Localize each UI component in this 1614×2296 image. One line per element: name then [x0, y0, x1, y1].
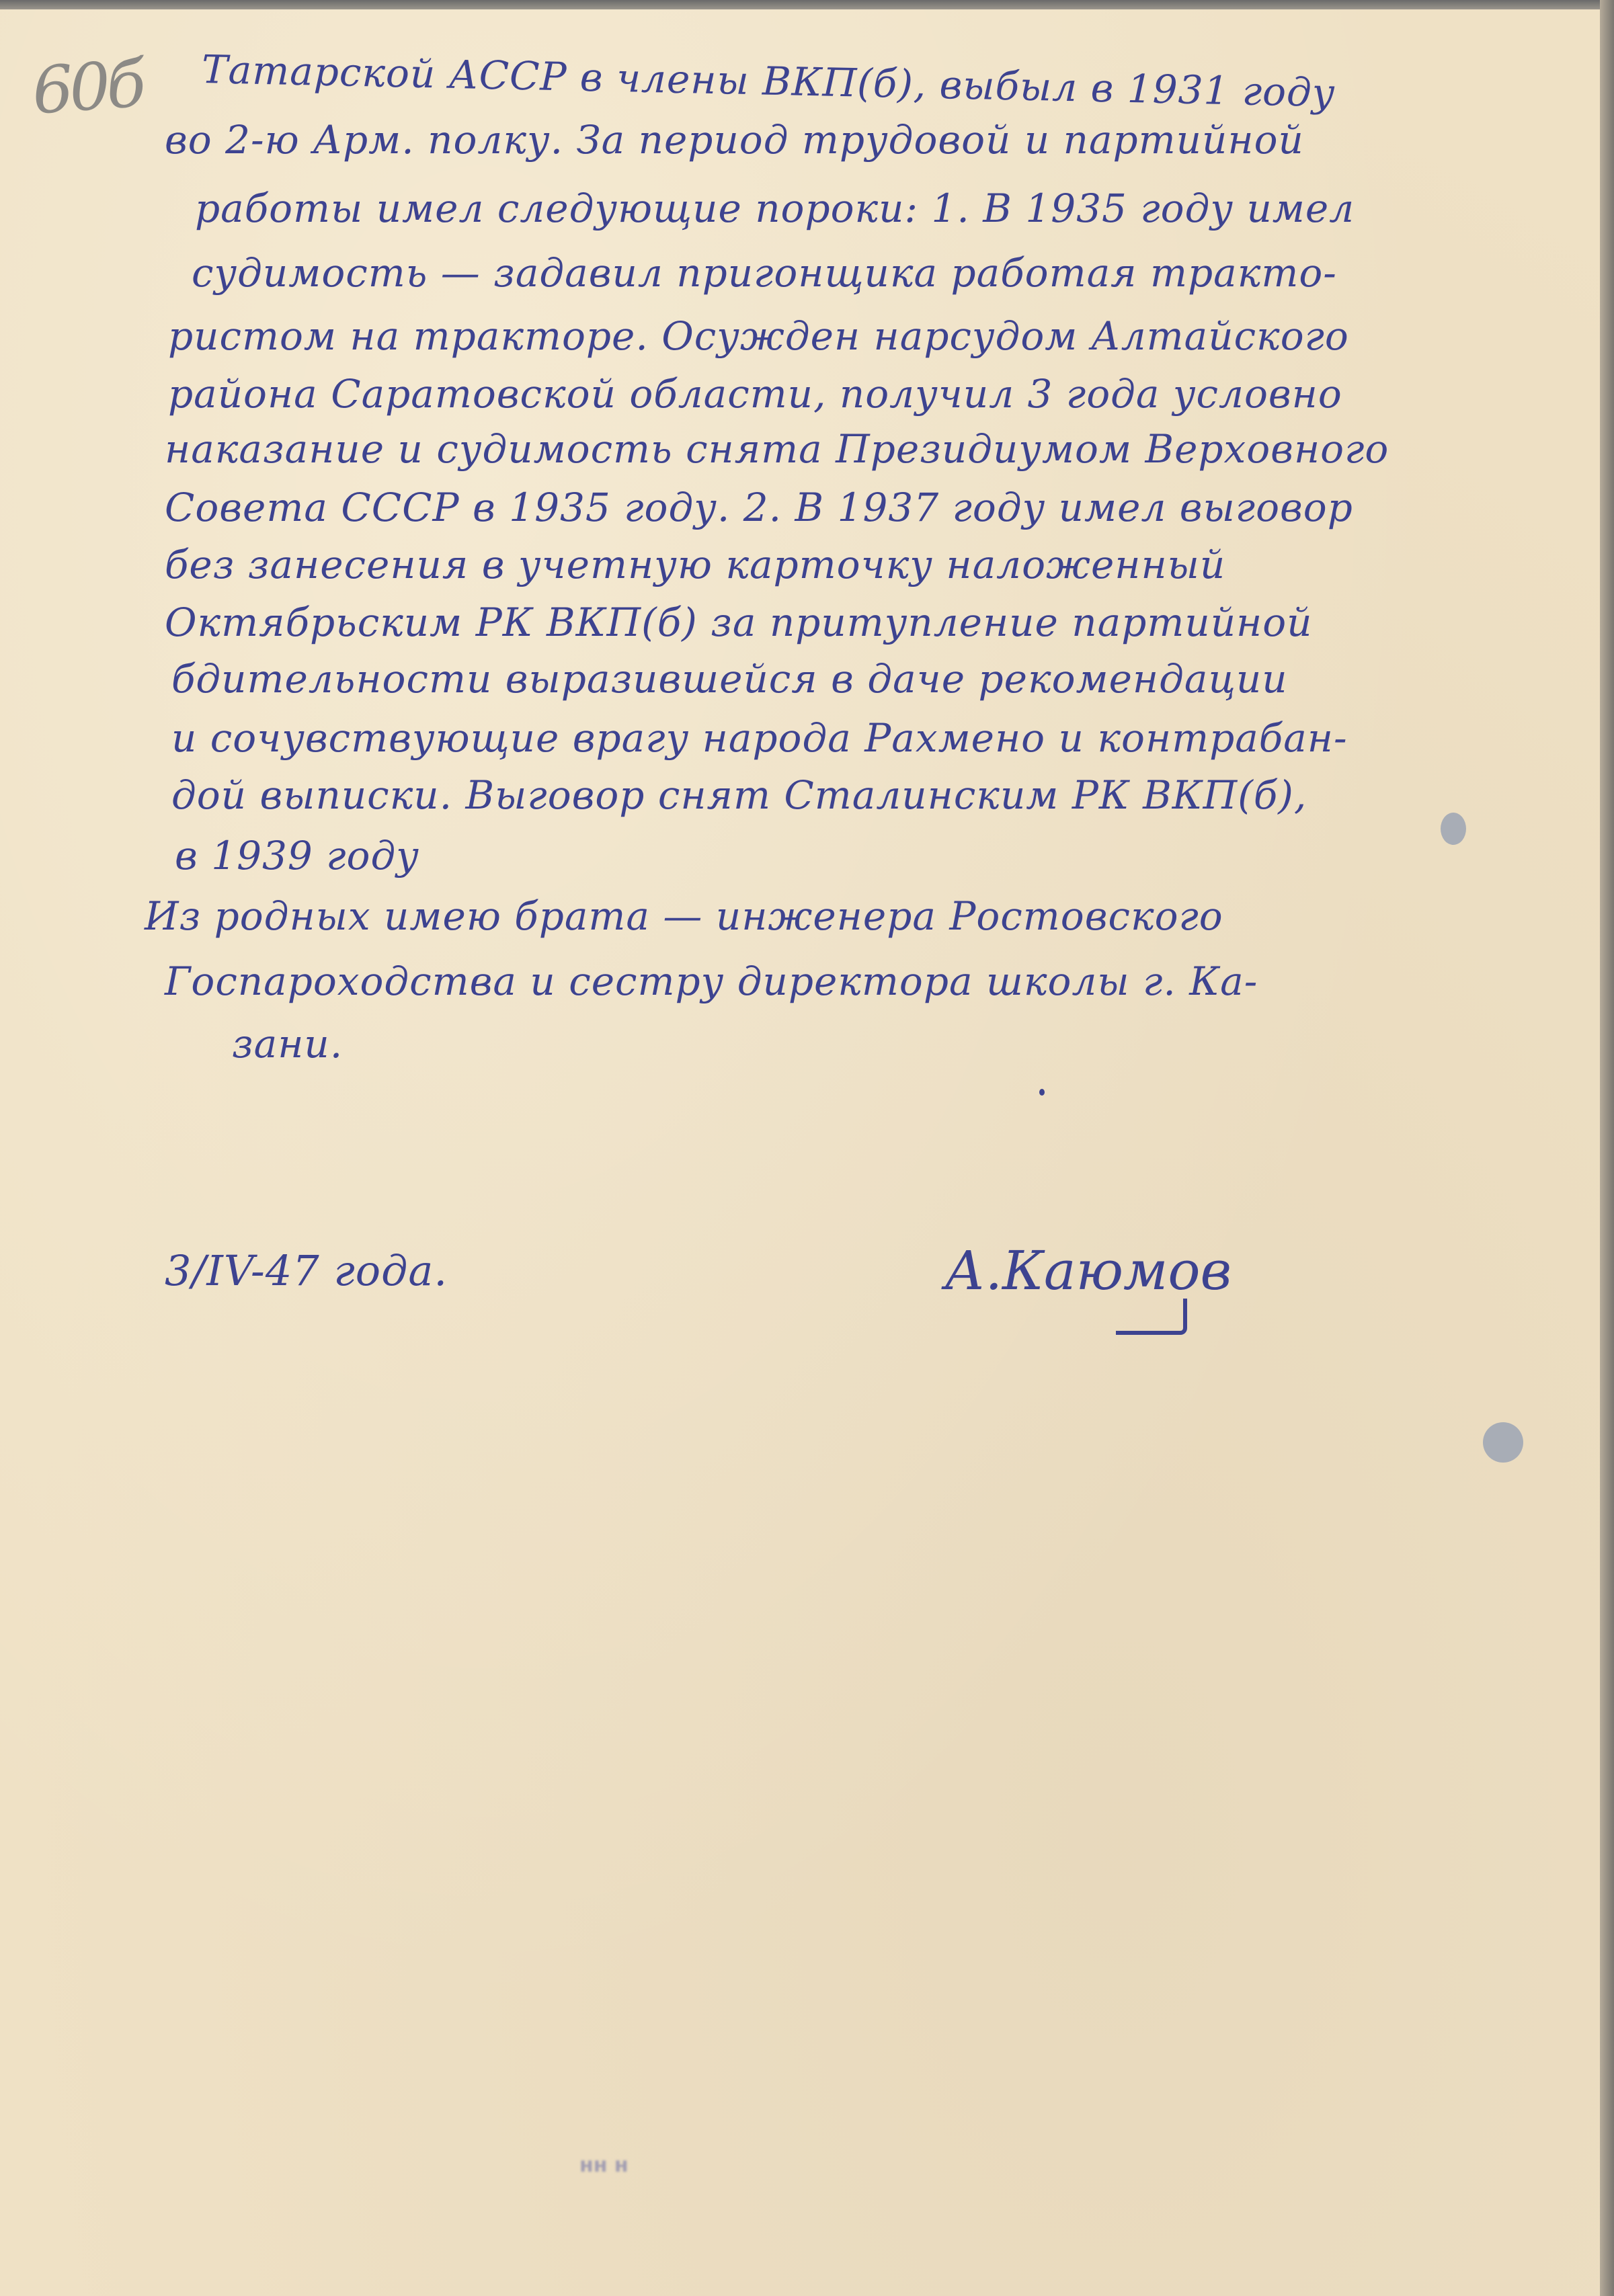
- body-line-14: в 1939 году: [175, 833, 419, 878]
- ink-dot: [1039, 1089, 1045, 1096]
- body-line-13: дой выписки. Выговор снят Сталинским РК …: [171, 772, 1307, 818]
- document-page: 60б Татарской АССР в члены ВКП(б), выбыл…: [0, 9, 1600, 2296]
- body-line-8: Совета СССР в 1935 году. 2. В 1937 году …: [165, 485, 1353, 530]
- folio-number: 60б: [30, 46, 144, 128]
- signature-text: А.Каюмов: [944, 1239, 1232, 1302]
- faint-ink-mark: нн н: [579, 2154, 629, 2177]
- body-line-9: без занесения в учетную карточку наложен…: [165, 542, 1225, 587]
- ink-blot-small: [1441, 813, 1466, 845]
- body-line-12: и сочувствующие врагу народа Рахмено и к…: [171, 715, 1348, 761]
- body-line-7: наказание и судимость снята Президиумом …: [165, 426, 1389, 472]
- body-line-11: бдительности выразившейся в даче рекомен…: [171, 656, 1288, 702]
- body-line-6: района Саратовской области, получил 3 го…: [168, 371, 1342, 417]
- scan-right-edge: [1600, 0, 1614, 2296]
- body-line-3: работы имел следующие пороки: 1. В 1935 …: [195, 186, 1355, 231]
- body-line-2: во 2-ю Арм. полку. За период трудовой и …: [165, 117, 1304, 163]
- signature: А.Каюмов: [944, 1239, 1232, 1302]
- relatives-line-3: зани.: [232, 1021, 343, 1067]
- relatives-line-2: Госпароходства и сестру директора школы …: [165, 958, 1258, 1004]
- ink-blot: [1483, 1422, 1523, 1463]
- document-date: 3/IV-47 года.: [165, 1246, 448, 1295]
- body-line-10: Октябрьским РК ВКП(б) за притупление пар…: [165, 600, 1313, 645]
- scan-top-edge: [0, 0, 1614, 9]
- signature-flourish: [1116, 1299, 1187, 1335]
- body-line-4: судимость — задавил пригонщика работая т…: [192, 250, 1337, 296]
- body-line-5: ристом на тракторе. Осужден нарсудом Алт…: [168, 313, 1349, 359]
- body-line-1: Татарской АССР в члены ВКП(б), выбыл в 1…: [201, 46, 1336, 116]
- relatives-line-1: Из родных имею брата — инженера Ростовск…: [145, 893, 1223, 939]
